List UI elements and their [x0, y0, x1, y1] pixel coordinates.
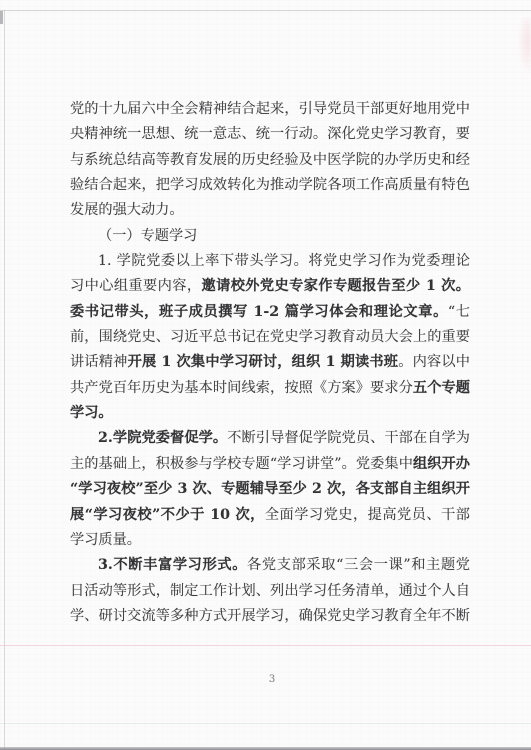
- scan-left-edge-line: [4, 10, 5, 750]
- text-line: 学习。: [70, 401, 470, 426]
- text-segment: 习中心组重要内容，: [70, 278, 201, 294]
- text-segment: 日活动等形式，制定工作计划、列出学习任务清单，通过个人自: [70, 583, 470, 599]
- text-line: 共产党百年历史为基本时间线索，按照《方案》要求分五个专题: [70, 376, 470, 401]
- scan-top-edge-line: [0, 10, 531, 11]
- text-line: 验结合起来，把学习成效转化为推动学院各项工作高质量有特色: [70, 173, 470, 198]
- text-line: 习中心组重要内容，邀请校外党史专家作专题报告至少 1 次。党: [70, 274, 470, 299]
- text-line: 主的基础上，积极参与学校专题“学习讲堂”。党委集中组织开办: [70, 452, 470, 477]
- bold-text-segment: 3.不断丰富学习形式。: [98, 557, 247, 573]
- text-segment: 与系统总结高等教育发展的历史经验及中医学院的办学历史和经: [70, 152, 470, 168]
- text-segment: （一）专题学习: [98, 228, 197, 244]
- bold-text-segment: 2.学院党委督促学。: [98, 430, 227, 446]
- text-segment: 学、研讨交流等多种方式开展学习，确保党史学习教育全年不断: [70, 608, 470, 624]
- page-number: 3: [260, 674, 284, 686]
- text-line: 与系统总结高等教育发展的历史经验及中医学院的办学历史和经: [70, 148, 470, 173]
- text-segment: 验结合起来，把学习成效转化为推动学院各项工作高质量有特色: [70, 177, 470, 193]
- text-line: 1. 学院党委以上率下带头学习。将党史学习作为党委理论学: [70, 249, 470, 274]
- text-segment: 央精神统一思想、统一意志、统一行动。深化党史学习教育，要: [70, 126, 470, 142]
- text-segment: 党的十九届六中全会精神结合起来，引导党员干部更好地用党中: [70, 101, 470, 117]
- bold-text-segment: 学习。: [70, 405, 113, 421]
- text-segment: 共产党百年历史为基本时间线索，按照《方案》要求分: [70, 380, 413, 396]
- bold-text-segment: “学习夜校”至少 3 次、专题辅导至少 2 次，各支部自主组织开: [70, 481, 470, 497]
- text-line: 讲话精神开展 1 次集中学习研讨，组织 1 期读书班。内容以中国: [70, 350, 470, 375]
- bold-text-segment: 开展 1 次集中学习研讨，组织 1 期读书班: [128, 354, 399, 370]
- text-line: 学习质量。: [70, 528, 470, 553]
- scan-pink-smudge: [518, 18, 531, 76]
- text-line: 3.不断丰富学习形式。各党支部采取“三会一课”和主题党: [70, 553, 470, 578]
- bold-text-segment: 组织开办: [413, 456, 470, 472]
- text-segment: 主的基础上，积极参与学校专题“学习讲堂”。党委集中: [70, 456, 413, 472]
- bold-text-segment: 委书记带头，班子成员撰写 1-2 篇学习体会和理论文章。: [70, 304, 448, 320]
- text-segment: 不断引导督促学院党员、干部在自学为: [227, 430, 470, 446]
- text-line: 学、研讨交流等多种方式开展学习，确保党史学习教育全年不断: [70, 604, 470, 629]
- bold-text-segment: 展“学习夜校”不少于 10 次，: [70, 507, 265, 523]
- text-line: “学习夜校”至少 3 次、专题辅导至少 2 次，各支部自主组织开: [70, 477, 470, 502]
- text-line: （一）专题学习: [70, 224, 470, 249]
- scan-faint-line: [0, 723, 531, 724]
- text-segment: 学习质量。: [70, 532, 141, 548]
- text-line: 委书记带头，班子成员撰写 1-2 篇学习体会和理论文章。“七一”: [70, 300, 470, 325]
- text-line: 央精神统一思想、统一意志、统一行动。深化党史学习教育，要: [70, 122, 470, 147]
- text-segment: 发展的强大动力。: [70, 202, 184, 218]
- scan-corner-mark: [0, 11, 3, 24]
- text-line: 2.学院党委督促学。不断引导督促学院党员、干部在自学为: [70, 426, 470, 451]
- text-segment: 各党支部采取“三会一课”和主题党: [247, 557, 470, 573]
- bold-text-segment: 五个专题: [413, 380, 470, 396]
- scanned-page: 党的十九届六中全会精神结合起来，引导党员干部更好地用党中央精神统一思想、统一意志…: [0, 0, 531, 750]
- text-segment: 前，围绕党史、习近平总书记在党史学习教育动员大会上的重要: [70, 329, 470, 345]
- text-line: 发展的强大动力。: [70, 198, 470, 223]
- text-segment: 全面学习党史，提高党员、干部: [265, 507, 470, 523]
- text-line: 展“学习夜校”不少于 10 次，全面学习党史，提高党员、干部: [70, 503, 470, 528]
- text-line: 党的十九届六中全会精神结合起来，引导党员干部更好地用党中: [70, 97, 470, 122]
- document-body: 党的十九届六中全会精神结合起来，引导党员干部更好地用党中央精神统一思想、统一意志…: [70, 97, 470, 629]
- text-segment: 1. 学院党委以上率下带头学习。将党史学习作为党委理论学: [70, 253, 470, 274]
- text-line: 日活动等形式，制定工作计划、列出学习任务清单，通过个人自: [70, 579, 470, 604]
- text-segment: 讲话精神: [70, 354, 128, 370]
- footer-rule-line: [0, 645, 531, 646]
- text-line: 前，围绕党史、习近平总书记在党史学习教育动员大会上的重要: [70, 325, 470, 350]
